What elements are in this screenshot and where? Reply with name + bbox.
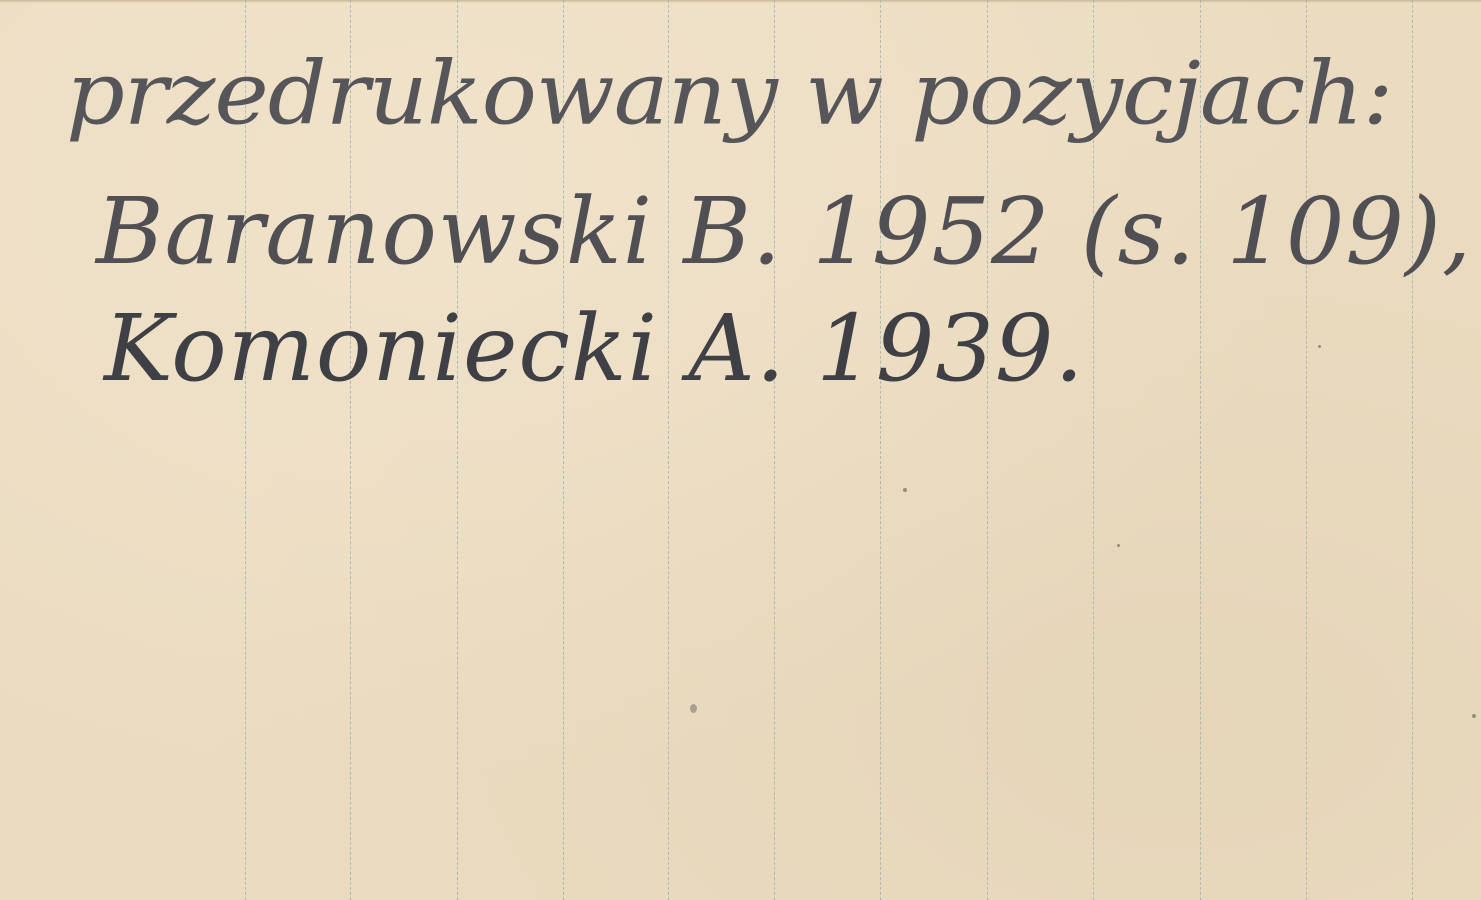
index-card: przedrukowany w pozycjach: Baranowski B.…: [0, 0, 1481, 900]
ruling-line: [1412, 0, 1413, 900]
handwritten-line-2: Baranowski B. 1952 (s. 109),: [96, 178, 1472, 285]
handwritten-line-1: przedrukowany w pozycjach:: [66, 43, 1393, 145]
paper-speck: [903, 488, 907, 492]
paper-speck: [1318, 345, 1321, 348]
paper-speck: [1472, 714, 1476, 718]
handwritten-line-3: Komoniecki A. 1939.: [104, 295, 1085, 402]
paper-speck: [690, 704, 697, 713]
card-top-edge: [0, 0, 1481, 3]
paper-speck: [1117, 544, 1120, 547]
